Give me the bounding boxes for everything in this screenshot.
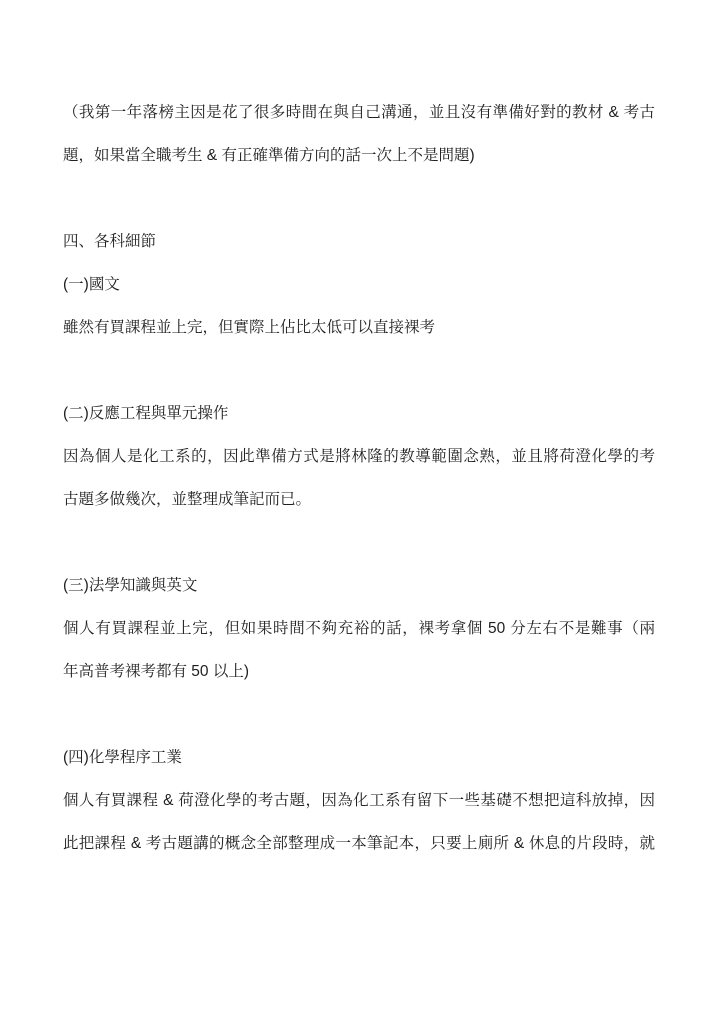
text-line: 個人有買課程 & 荷澄化學的考古題，因為化工系有留下一些基礎不想把這科放掉，因 — [63, 779, 655, 822]
blank-line — [63, 177, 655, 220]
text-line: 年高普考裸考都有 50 以上) — [63, 650, 655, 693]
blank-line — [63, 521, 655, 564]
text-line: (二)反應工程與單元操作 — [63, 392, 655, 435]
blank-line — [63, 693, 655, 736]
text-line: 個人有買課程並上完，但如果時間不夠充裕的話，裸考拿個 50 分左右不是難事（兩 — [63, 607, 655, 650]
text-line: （我第一年落榜主因是花了很多時間在與自己溝通，並且沒有準備好對的教材 & 考古 — [63, 91, 655, 134]
document-body: （我第一年落榜主因是花了很多時間在與自己溝通，並且沒有準備好對的教材 & 考古題… — [63, 91, 655, 865]
text-line: 古題多做幾次，並整理成筆記而已。 — [63, 478, 655, 521]
text-line: 雖然有買課程並上完，但實際上佔比太低可以直接裸考 — [63, 306, 655, 349]
text-line: (四)化學程序工業 — [63, 736, 655, 779]
text-line: 因為個人是化工系的，因此準備方式是將林隆的教導範圍念熟，並且將荷澄化學的考 — [63, 435, 655, 478]
text-line: (三)法學知識與英文 — [63, 564, 655, 607]
text-line: (一)國文 — [63, 263, 655, 306]
text-line: 題，如果當全職考生 & 有正確準備方向的話一次上不是問題) — [63, 134, 655, 177]
document-page: （我第一年落榜主因是花了很多時間在與自己溝通，並且沒有準備好對的教材 & 考古題… — [0, 0, 724, 1024]
blank-line — [63, 349, 655, 392]
text-line: 四、各科細節 — [63, 220, 655, 263]
text-line: 此把課程 & 考古題講的概念全部整理成一本筆記本，只要上廁所 & 休息的片段時，… — [63, 822, 655, 865]
